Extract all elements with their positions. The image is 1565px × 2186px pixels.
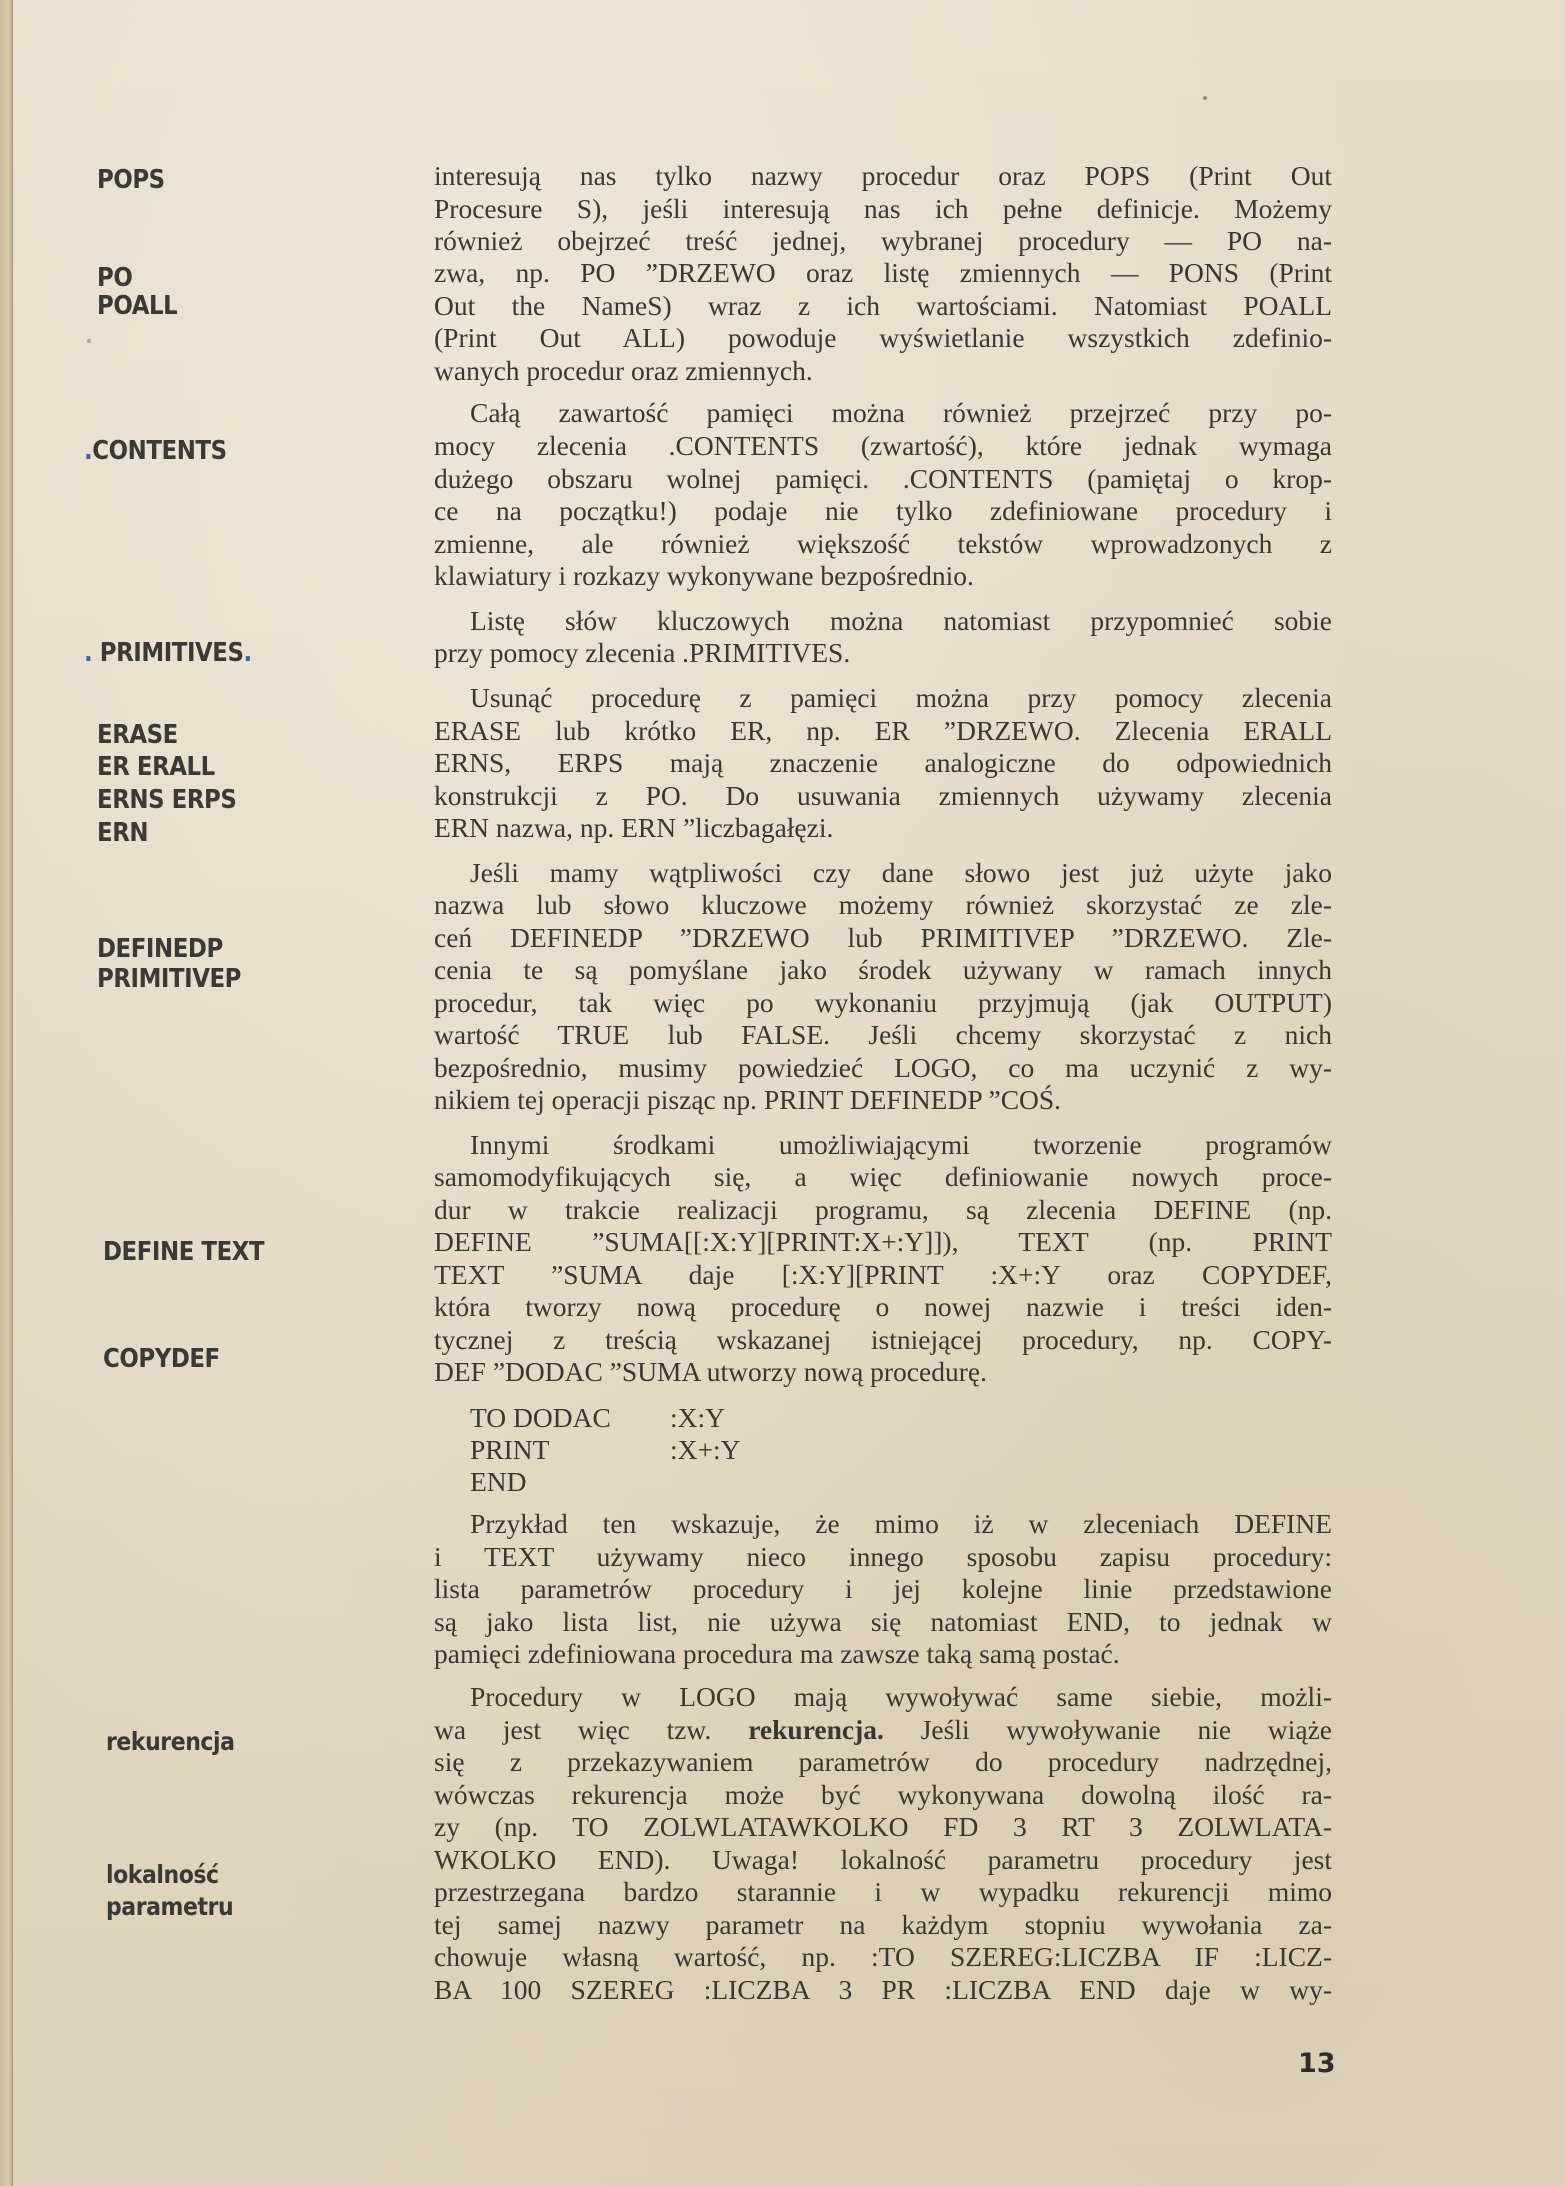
body-line: zy (np. TO ZOLWLATAWKOLKO FD 3 RT 3 ZOLW… bbox=[434, 1811, 1332, 1843]
body-line: i TEXT używamy nieco innego sposobu zapi… bbox=[434, 1541, 1332, 1573]
margin-note-primitives-text: PRIMITIVES bbox=[100, 638, 244, 668]
margin-note-lokalnosc: lokalność bbox=[106, 1860, 219, 1889]
body-line: Przykład ten wskazuje, że mimo iż w zlec… bbox=[434, 1508, 1332, 1540]
margin-note-erns-erps: ERNS ERPS bbox=[97, 785, 236, 815]
body-line: nikiem tej operacji pisząc np. PRINT DEF… bbox=[434, 1084, 1332, 1116]
body-line: ce na początku!) podaje nie tylko zdefin… bbox=[434, 495, 1332, 527]
code-line: TO DODAC:X:Y bbox=[470, 1402, 611, 1434]
margin-note-primitives: . PRIMITIVES. bbox=[84, 638, 252, 668]
code-argument: :X+:Y bbox=[670, 1434, 741, 1466]
body-line: WKOLKO END). Uwaga! lokalność parametru … bbox=[434, 1844, 1332, 1876]
margin-note-erase: ERASE bbox=[97, 720, 178, 750]
body-line: tej samej nazwy parametr na każdym stopn… bbox=[434, 1909, 1332, 1941]
body-line: która tworzy nową procedurę o nowej nazw… bbox=[434, 1291, 1332, 1323]
body-line: dużego obszaru wolnej pamięci. .CONTENTS… bbox=[434, 463, 1332, 495]
code-line: PRINT:X+:Y bbox=[470, 1434, 549, 1466]
body-line: klawiatury i rozkazy wykonywane bezpośre… bbox=[434, 560, 1332, 592]
body-line: (Print Out ALL) powoduje wyświetlanie ws… bbox=[434, 322, 1332, 354]
code-line: END bbox=[470, 1466, 527, 1498]
bold-term-rekurencja: rekurencja. bbox=[748, 1714, 884, 1745]
body-line: Usunąć procedurę z pamięci można przy po… bbox=[434, 682, 1332, 714]
code-command: END bbox=[470, 1466, 527, 1497]
body-line: konstrukcji z PO. Do usuwania zmiennych … bbox=[434, 780, 1332, 812]
body-line: również obejrzeć treść jednej, wybranej … bbox=[434, 225, 1332, 257]
margin-note-copydef: COPYDEF bbox=[103, 1344, 220, 1374]
code-argument: :X:Y bbox=[670, 1402, 725, 1434]
book-page: POPS PO POALL .CONTENTS . PRIMITIVES. ER… bbox=[0, 0, 1565, 2186]
body-line: dur w trakcie realizacji programu, są zl… bbox=[434, 1194, 1332, 1226]
body-line: się z przekazywaniem parametrów do proce… bbox=[434, 1746, 1332, 1778]
body-line: interesują nas tylko nazwy procedur oraz… bbox=[434, 160, 1332, 192]
body-line: cenia te są pomyślane jako środek używan… bbox=[434, 954, 1332, 986]
margin-note-po: PO bbox=[97, 263, 132, 293]
body-line: ERN nazwa, np. ERN ”liczbagałęzi. bbox=[434, 812, 1332, 844]
body-line: Procesure S), jeśli interesują nas ich p… bbox=[434, 193, 1332, 225]
body-line: zmienne, ale również większość tekstów w… bbox=[434, 528, 1332, 560]
margin-note-primitivep: PRIMITIVEP bbox=[97, 964, 241, 994]
body-line: ERNS, ERPS mają znaczenie analogiczne do… bbox=[434, 747, 1332, 779]
body-line: mocy zlecenia .CONTENTS (zwartość), któr… bbox=[434, 430, 1332, 462]
body-line: DEFINE ”SUMA[[:X:Y][PRINT:X+:Y]]), TEXT … bbox=[434, 1226, 1332, 1258]
page-binding-edge bbox=[0, 0, 13, 2186]
body-line: ceń DEFINEDP ”DRZEWO lub PRIMITIVEP ”DRZ… bbox=[434, 922, 1332, 954]
margin-note-definedp: DEFINEDP bbox=[97, 934, 223, 964]
body-line: TEXT ”SUMA daje [:X:Y][PRINT :X+:Y oraz … bbox=[434, 1259, 1332, 1291]
margin-note-contents-text: CONTENTS bbox=[92, 436, 226, 466]
body-line: wówczas rekurencja może być wykonywana d… bbox=[434, 1779, 1332, 1811]
body-line: pamięci zdefiniowana procedura ma zawsze… bbox=[434, 1638, 1332, 1670]
body-line: tycznej z treścią wskazanej istniejącej … bbox=[434, 1324, 1332, 1356]
margin-note-ern: ERN bbox=[97, 818, 148, 848]
margin-note-poall: POALL bbox=[97, 291, 177, 321]
body-line: zwa, np. PO ”DRZEWO oraz listę zmiennych… bbox=[434, 257, 1332, 289]
body-line: wartość TRUE lub FALSE. Jeśli chcemy sko… bbox=[434, 1019, 1332, 1051]
body-line: BA 100 SZEREG :LICZBA 3 PR :LICZBA END d… bbox=[434, 1974, 1332, 2006]
body-line: Out the NameS) wraz z ich wartościami. N… bbox=[434, 290, 1332, 322]
body-text: Jeśli wywoływanie nie wiąże bbox=[884, 1714, 1332, 1745]
body-line: przestrzegana bardzo starannie i w wypad… bbox=[434, 1876, 1332, 1908]
body-line: bezpośrednio, musimy powiedzieć LOGO, co… bbox=[434, 1052, 1332, 1084]
body-line: przy pomocy zlecenia .PRIMITIVES. bbox=[434, 637, 1332, 669]
body-line: są jako lista list, nie używa się natomi… bbox=[434, 1606, 1332, 1638]
body-line: procedur, tak więc po wykonaniu przyjmuj… bbox=[434, 987, 1332, 1019]
margin-note-er-erall: ER ERALL bbox=[97, 752, 215, 782]
margin-note-parametru: parametru bbox=[106, 1892, 233, 1921]
body-line: Jeśli mamy wątpliwości czy dane słowo je… bbox=[434, 857, 1332, 889]
body-line: Procedury w LOGO mają wywoływać same sie… bbox=[434, 1681, 1332, 1713]
margin-note-pops: POPS bbox=[97, 165, 165, 195]
page-number: 13 bbox=[1298, 2048, 1336, 2079]
paper-speck bbox=[1203, 96, 1207, 100]
body-line: ERASE lub krótko ER, np. ER ”DRZEWO. Zle… bbox=[434, 715, 1332, 747]
code-command: PRINT bbox=[470, 1434, 549, 1465]
margin-note-define-text: DEFINE TEXT bbox=[103, 1237, 264, 1267]
margin-note-rekurencja: rekurencja bbox=[106, 1727, 235, 1756]
pen-mark-dot: . bbox=[84, 638, 92, 668]
body-line: wa jest więc tzw. rekurencja. Jeśli wywo… bbox=[434, 1714, 1332, 1746]
body-line: wanych procedur oraz zmiennych. bbox=[434, 355, 1332, 387]
code-command: TO DODAC bbox=[470, 1402, 611, 1433]
body-line: chowuje własną wartość, np. :TO SZEREG:L… bbox=[434, 1941, 1332, 1973]
paper-speck bbox=[87, 339, 91, 343]
body-line: Innymi środkami umożliwiającymi tworzeni… bbox=[434, 1129, 1332, 1161]
body-line: DEF ”DODAC ”SUMA utworzy nową procedurę. bbox=[434, 1356, 1332, 1388]
body-line: samomodyfikujących się, a więc definiowa… bbox=[434, 1161, 1332, 1193]
body-line: lista parametrów procedury i jej kolejne… bbox=[434, 1573, 1332, 1605]
body-line: Listę słów kluczowych można natomiast pr… bbox=[434, 605, 1332, 637]
body-text: wa jest więc tzw. bbox=[434, 1714, 748, 1745]
body-line: Całą zawartość pamięci można również prz… bbox=[434, 397, 1332, 429]
pen-mark-dot: . bbox=[244, 638, 252, 668]
body-line: nazwa lub słowo kluczowe możemy również … bbox=[434, 889, 1332, 921]
margin-note-contents: .CONTENTS bbox=[84, 436, 227, 466]
